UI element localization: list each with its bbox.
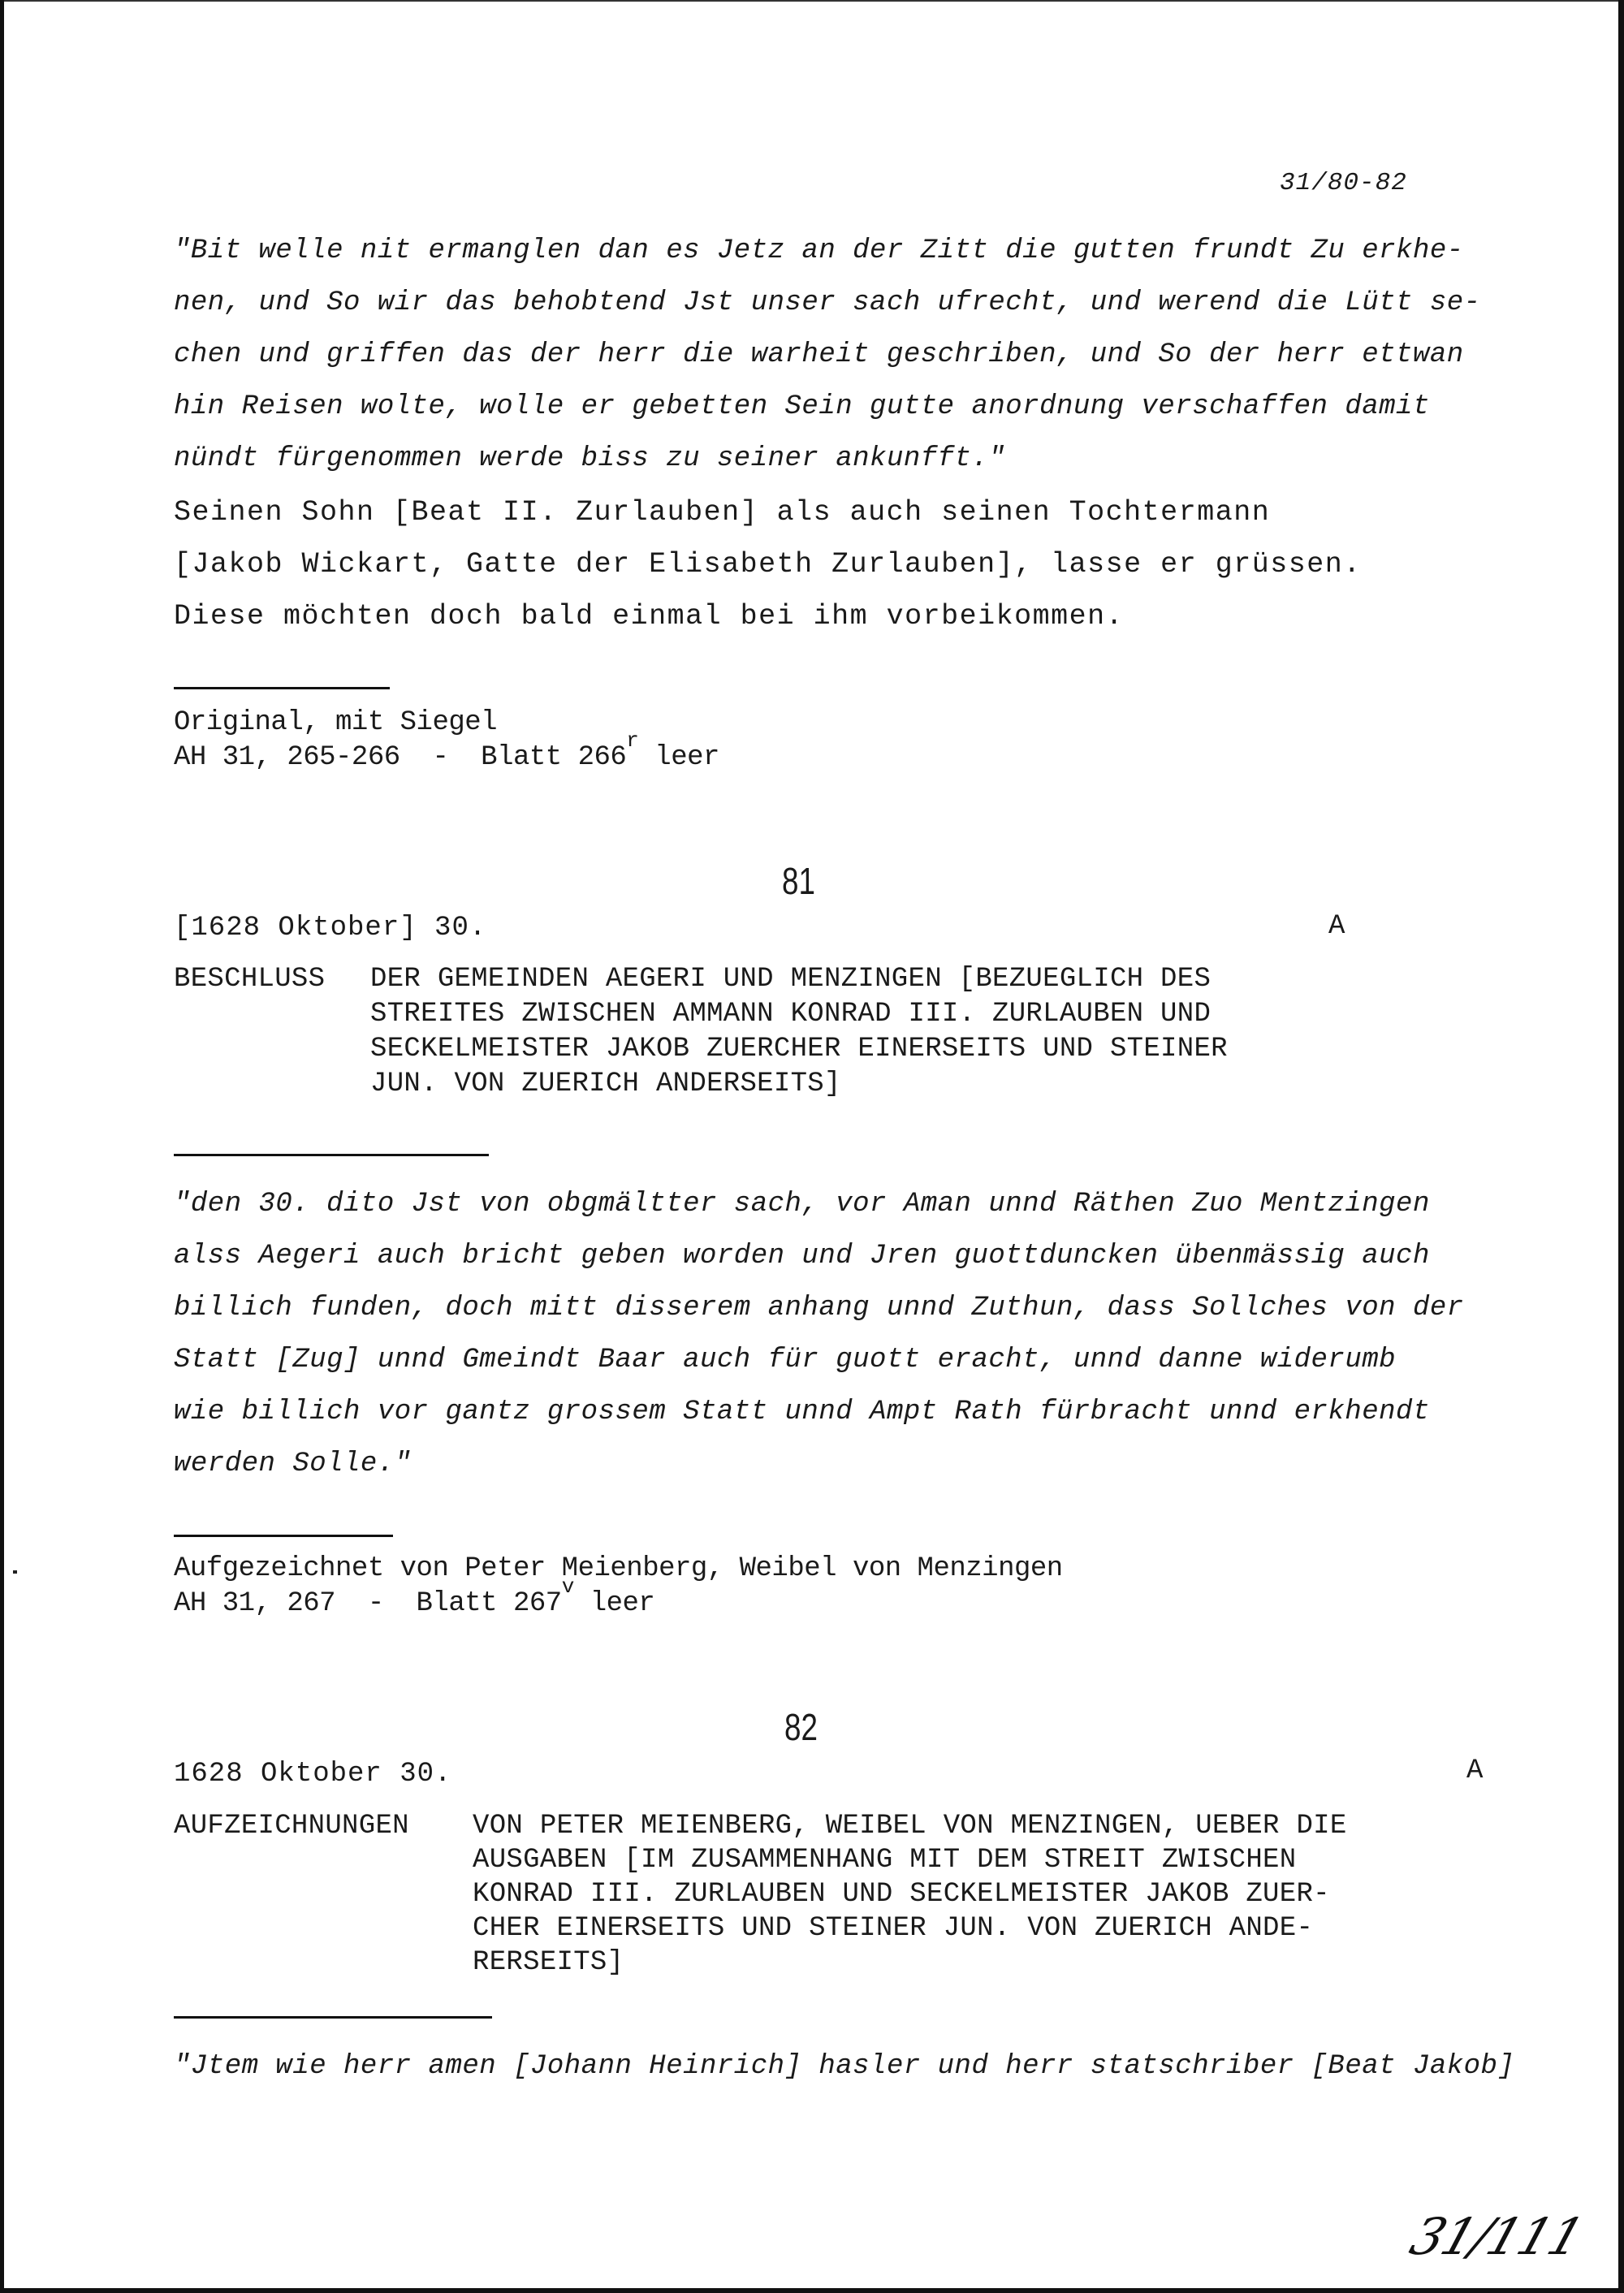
scan-border-left — [0, 0, 4, 2293]
scan-border-right — [1618, 0, 1624, 2293]
document-page: 31/80-82 "Bit welle nit ermanglen dan es… — [0, 0, 1624, 2293]
folio-status: leer — [638, 742, 719, 773]
quote-line: nen, und So wir das behobtend Jst unser … — [174, 287, 1481, 318]
scan-border-bottom — [0, 2288, 1624, 2293]
source-note-line: Original, mit Siegel — [174, 707, 497, 738]
source-note-line: Aufgezeichnet von Peter Meienberg, Weibe… — [174, 1553, 1063, 1584]
title-line: DER GEMEINDEN AEGERI UND MENZINGEN [BEZU… — [370, 964, 1211, 995]
title-line: VON PETER MEIENBERG, WEIBEL VON MENZINGE… — [473, 1811, 1347, 1842]
summary-line: Diese möchten doch bald einmal bei ihm v… — [174, 600, 1124, 633]
archive-reference: AH 31, 265-266 - Blatt 266 — [174, 742, 626, 773]
summary-line: [Jakob Wickart, Gatte der Elisabeth Zurl… — [174, 548, 1362, 581]
handwritten-folio-number: 31/111 — [1403, 2207, 1590, 2266]
quote-line: nündt fürgenommen werde biss zu seiner a… — [174, 443, 1005, 474]
quote-line: "Jtem wie herr amen [Johann Heinrich] ha… — [174, 2051, 1514, 2082]
archive-reference: AH 31, 267 - Blatt 267 — [174, 1588, 562, 1619]
title-line: AUSGABEN [IM ZUSAMMENHANG MIT DEM STREIT… — [473, 1845, 1296, 1876]
title-lead-word: AUFZEICHNUNGEN — [174, 1811, 409, 1842]
footnote-rule — [174, 687, 390, 689]
page-reference: 31/80-82 — [1280, 169, 1407, 197]
quote-line: alss Aegeri auch bricht geben worden und… — [174, 1241, 1430, 1272]
source-note-line: AH 31, 267 - Blatt 267v leer — [174, 1588, 654, 1619]
footnote-rule — [174, 1535, 393, 1537]
document-date: 1628 Oktober 30. — [174, 1759, 451, 1790]
scan-speck — [13, 1570, 17, 1574]
quote-line: werden Solle." — [174, 1449, 412, 1479]
folio-side-marker: v — [562, 1574, 574, 1599]
classification-mark: A — [1466, 1755, 1483, 1786]
quote-line: "den 30. dito Jst von obgmältter sach, v… — [174, 1189, 1430, 1220]
folio-status: leer — [574, 1588, 655, 1619]
source-note-line: AH 31, 265-266 - Blatt 266r leer — [174, 742, 719, 773]
summary-line: Seinen Sohn [Beat II. Zurlauben] als auc… — [174, 496, 1270, 529]
title-line: RERSEITS] — [473, 1947, 624, 1978]
quote-line: wie billich vor gantz grossem Statt unnd… — [174, 1397, 1430, 1427]
title-line: SECKELMEISTER JAKOB ZUERCHER EINERSEITS … — [370, 1034, 1228, 1064]
title-lead-word: BESCHLUSS — [174, 964, 325, 995]
title-rule — [174, 1154, 489, 1156]
document-date: [1628 Oktober] 30. — [174, 913, 486, 944]
title-line: STREITES ZWISCHEN AMMANN KONRAD III. ZUR… — [370, 999, 1211, 1030]
document-number: 81 — [782, 859, 815, 903]
title-line: JUN. VON ZUERICH ANDERSEITS] — [370, 1069, 841, 1099]
classification-mark: A — [1328, 911, 1345, 942]
title-line: KONRAD III. ZURLAUBEN UND SECKELMEISTER … — [473, 1879, 1330, 1910]
quote-line: hin Reisen wolte, wolle er gebetten Sein… — [174, 391, 1430, 422]
quote-line: chen und griffen das der herr die warhei… — [174, 339, 1464, 370]
title-line: CHER EINERSEITS UND STEINER JUN. VON ZUE… — [473, 1913, 1313, 1944]
quote-line: "Bit welle nit ermanglen dan es Jetz an … — [174, 235, 1464, 266]
quote-line: Statt [Zug] unnd Gmeindt Baar auch für g… — [174, 1345, 1396, 1375]
scan-border-top — [0, 0, 1620, 2]
document-number: 82 — [784, 1705, 818, 1749]
title-rule — [174, 2016, 492, 2019]
folio-side-marker: r — [626, 728, 638, 753]
quote-line: billich funden, doch mitt disserem anhan… — [174, 1293, 1464, 1324]
